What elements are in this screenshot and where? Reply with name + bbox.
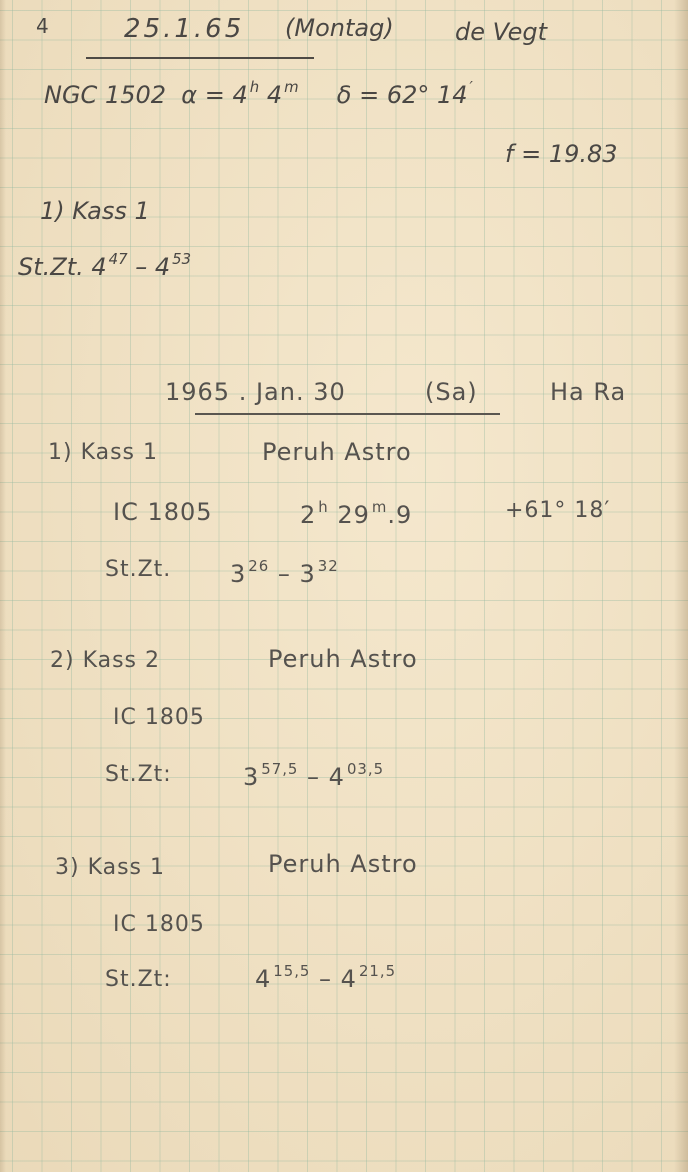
entry2-date-underline — [195, 413, 500, 415]
entry1-focal-length: f = 19.83 — [505, 140, 618, 168]
exposure2-camera: Peruh Astro — [268, 645, 418, 673]
entry1-date: 25.1.65 — [124, 14, 244, 44]
entry1-weekday: (Montag) — [285, 14, 394, 42]
exposure2-time-label: St.Zt: — [105, 762, 172, 787]
exposure2-object: IC 1805 — [113, 705, 205, 730]
exposure1-ra: 2h 29m.9 — [300, 498, 412, 529]
entry1-object-line: NGC 1502 α = 4h 4m δ = 62° 14′ — [44, 78, 473, 109]
exposure3-camera: Peruh Astro — [268, 850, 418, 878]
entry2-observer: Ha Ra — [550, 378, 626, 406]
entry1-item1-label: 1) Kass 1 — [40, 197, 150, 225]
exposure3-time-label: St.Zt: — [105, 967, 172, 992]
entry2-date: 1965 . Jan. 30 — [165, 378, 346, 406]
exposure1-camera: Peruh Astro — [262, 438, 412, 466]
entry1-dec: δ = 62° 14′ — [337, 81, 473, 109]
exposure1-object: IC 1805 — [113, 498, 213, 526]
entry1-object: NGC 1502 — [44, 81, 166, 109]
notebook-page: 4 25.1.65 (Montag) de Vegt NGC 1502 α = … — [0, 0, 688, 1172]
exposure3-label: 3) Kass 1 — [55, 855, 165, 880]
entry1-date-underline — [86, 57, 314, 59]
entry2-weekday: (Sa) — [425, 378, 478, 406]
page-number: 4 — [36, 14, 49, 38]
page-right-shadow — [674, 0, 688, 1172]
entry1-ra: α = 4h 4m — [181, 81, 298, 109]
entry1-observer: de Vegt — [455, 18, 547, 46]
entry1-item1-time: St.Zt. 447 – 453 — [18, 250, 191, 281]
exposure3-object: IC 1805 — [113, 912, 205, 937]
exposure1-time: 326 – 332 — [230, 557, 339, 588]
exposure3-time: 415,5 – 421,5 — [255, 962, 396, 993]
exposure1-dec: +61° 18′ — [505, 498, 610, 523]
page-left-shadow — [0, 0, 6, 1172]
exposure1-label: 1) Kass 1 — [48, 440, 158, 465]
exposure2-time: 357,5 – 403,5 — [243, 760, 384, 791]
exposure2-label: 2) Kass 2 — [50, 648, 160, 673]
exposure1-time-label: St.Zt. — [105, 557, 171, 582]
